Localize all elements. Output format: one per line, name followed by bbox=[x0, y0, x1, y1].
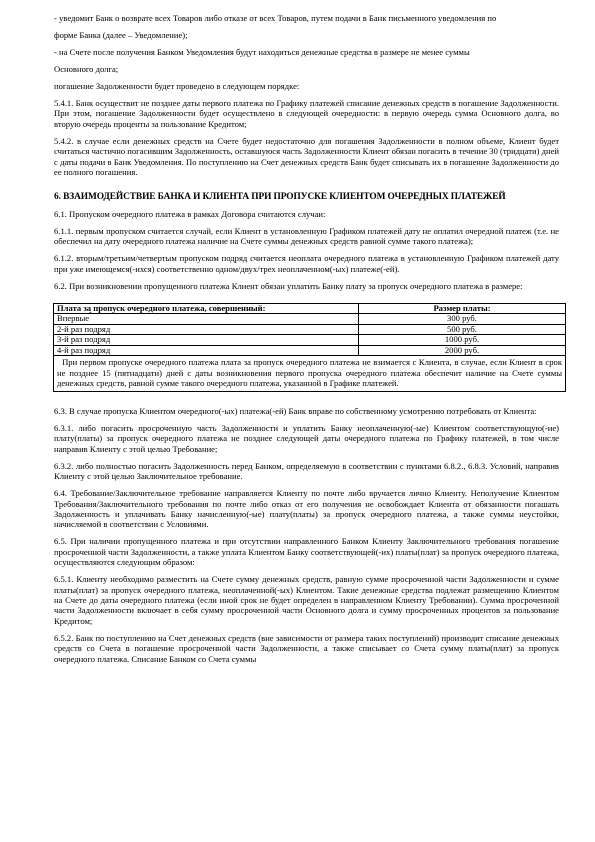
clause-6-2: 6.2. При возникновении пропущенного плат… bbox=[54, 281, 559, 291]
paragraph-notify-bank: - уведомит Банк о возврате всех Товаров … bbox=[54, 13, 559, 23]
missed-payment-fee-table: Плата за пропуск очередного платежа, сов… bbox=[53, 303, 566, 392]
clause-6-5-1: 6.5.1. Клиенту необходимо разместить на … bbox=[54, 574, 559, 626]
section-6-heading: 6. ВЗАИМОДЕЙСТВИЕ БАНКА И КЛИЕНТА ПРИ ПР… bbox=[54, 192, 559, 202]
fee-amount-cell: 300 руб. bbox=[359, 314, 566, 324]
clause-6-5-2: 6.5.2. Банк по поступлению на Счет денеж… bbox=[54, 633, 559, 664]
paragraph-notification-form: форме Банка (далее – Уведомление); bbox=[54, 30, 559, 40]
fee-occurrence-cell: 3-й раз подряд bbox=[54, 335, 359, 345]
fee-occurrence-cell: 2-й раз подряд bbox=[54, 324, 359, 334]
document-page: - уведомит Банк о возврате всех Товаров … bbox=[54, 13, 559, 671]
fee-table-header-amount: Размер платы: bbox=[359, 304, 566, 314]
fee-table-row: 3-й раз подряд 1000 руб. bbox=[54, 335, 566, 345]
fee-table-row: 2-й раз подряд 500 руб. bbox=[54, 324, 566, 334]
clause-6-1-1: 6.1.1. первым пропуском считается случай… bbox=[54, 226, 559, 247]
footnote-marker: * bbox=[57, 355, 60, 360]
clause-6-3-1: 6.3.1. либо погасить просроченную часть … bbox=[54, 423, 559, 454]
clause-6-3-2: 6.3.2. либо полностью погасить Задолженн… bbox=[54, 461, 559, 482]
fee-occurrence-cell: 4-й раз подряд bbox=[54, 345, 359, 355]
clause-6-5: 6.5. При наличии пропущенного платежа и … bbox=[54, 536, 559, 567]
fee-amount-cell: 2000 руб. bbox=[359, 345, 566, 355]
clause-5-4-2: 5.4.2. в случае если денежных средств на… bbox=[54, 136, 559, 178]
fee-amount-cell: 1000 руб. bbox=[359, 335, 566, 345]
fee-table-row: 4-й раз подряд 2000 руб. bbox=[54, 345, 566, 355]
paragraph-principal-debt: Основного долга; bbox=[54, 64, 559, 74]
fee-table-header-occurrence: Плата за пропуск очередного платежа, сов… bbox=[54, 304, 359, 314]
footnote-marker: * bbox=[89, 312, 92, 317]
clause-6-3: 6.3. В случае пропуска Клиентом очередно… bbox=[54, 406, 559, 416]
fee-table-header-row: Плата за пропуск очередного платежа, сов… bbox=[54, 304, 566, 314]
clause-6-1-2: 6.1.2. вторым/третьим/четвертым пропуско… bbox=[54, 253, 559, 274]
fee-table-footnote-row: * При первом пропуске очередного платежа… bbox=[54, 356, 566, 392]
fee-table-footnote: * При первом пропуске очередного платежа… bbox=[54, 356, 566, 392]
footnote-text: При первом пропуске очередного платежа п… bbox=[57, 357, 562, 388]
fee-occurrence-cell: Впервые* bbox=[54, 314, 359, 324]
clause-5-4-1: 5.4.1. Банк осуществит не позднее даты п… bbox=[54, 98, 559, 129]
fee-table-row: Впервые* 300 руб. bbox=[54, 314, 566, 324]
paragraph-funds-on-account: - на Счете после получения Банком Уведом… bbox=[54, 47, 559, 57]
fee-amount-cell: 500 руб. bbox=[359, 324, 566, 334]
paragraph-repayment-order: погашение Задолженности будет проведено … bbox=[54, 81, 559, 91]
clause-6-4: 6.4. Требование/Заключительное требовани… bbox=[54, 488, 559, 530]
clause-6-1: 6.1. Пропуском очередного платежа в рамк… bbox=[54, 209, 559, 219]
fee-occurrence-label: Впервые bbox=[57, 313, 89, 323]
